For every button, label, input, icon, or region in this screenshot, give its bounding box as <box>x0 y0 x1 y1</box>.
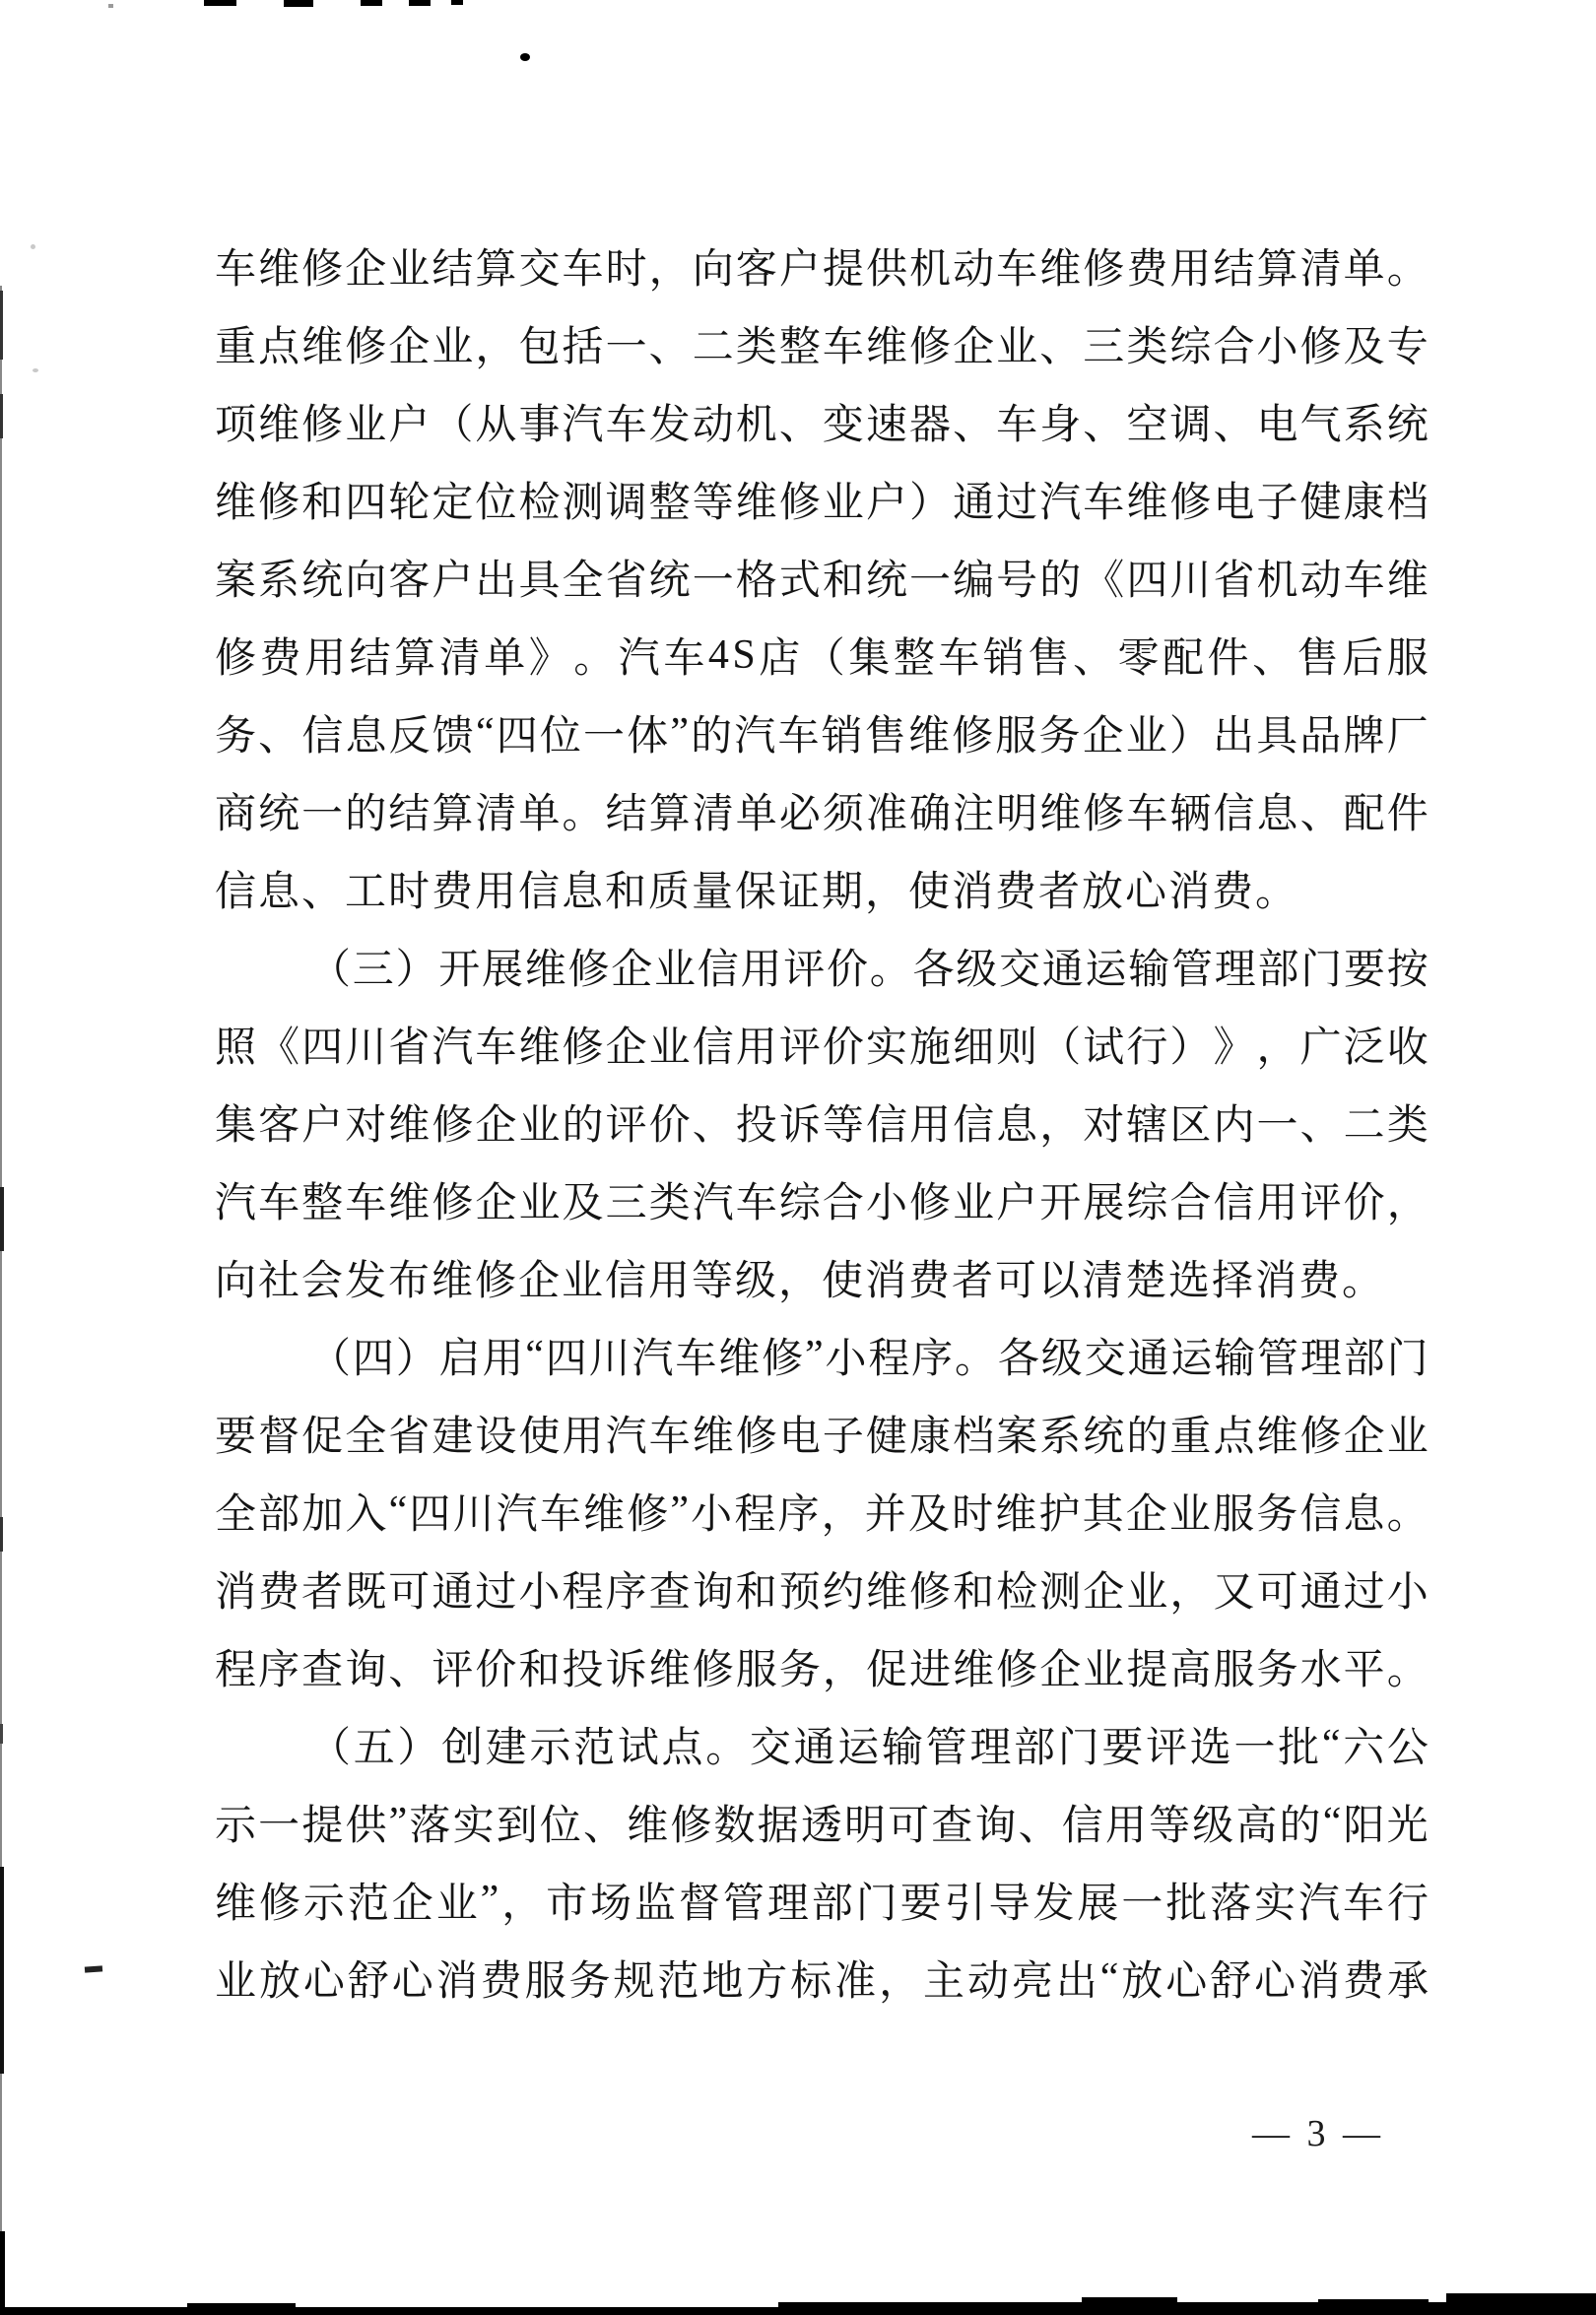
body-line: 务、信息反馈“四位一体”的汽车销售维修服务企业）出具品牌厂 <box>215 694 1429 771</box>
scan-artifact-top-edge <box>451 0 463 5</box>
scan-artifact-left-edge <box>0 2231 5 2315</box>
body-line: 修费用结算清单》。汽车4S店（集整车销售、零配件、售后服 <box>215 616 1429 694</box>
body-line: 项维修业户（从事汽车发动机、变速器、车身、空调、电气系统 <box>215 382 1429 460</box>
scan-artifact-left-edge <box>0 394 3 438</box>
scan-artifact-top-edge <box>204 0 236 6</box>
body-text: 车维修企业结算交车时，向客户提供机动车维修费用结算清单。 重点维修企业，包括一、… <box>215 227 1429 2017</box>
scan-artifact-margin-dash <box>85 1965 102 1972</box>
scan-artifact-bottom-band <box>1082 2297 1177 2304</box>
scan-artifact-bottom-band <box>1318 2299 1429 2306</box>
scan-artifact-left-edge <box>0 1724 3 1744</box>
body-line: 商统一的结算清单。结算清单必须准确注明维修车辆信息、配件 <box>215 771 1429 849</box>
body-line: 程序查询、评价和投诉维修服务，促进维修企业提高服务水平。 <box>215 1627 1429 1705</box>
scan-artifact-left-edge <box>0 1517 3 1552</box>
scan-artifact-bottom-band <box>187 2303 296 2309</box>
scan-artifact-bottom-band <box>1446 2293 1596 2315</box>
scan-artifact-left-edge <box>0 1187 4 1251</box>
scan-artifact-left-edge <box>0 1867 4 2074</box>
document-page: 车维修企业结算交车时，向客户提供机动车维修费用结算清单。 重点维修企业，包括一、… <box>0 0 1596 2315</box>
scan-artifact-top-edge <box>409 0 431 6</box>
body-line: 要督促全省建设使用汽车维修电子健康档案系统的重点维修企业 <box>215 1394 1429 1472</box>
body-line: 汽车整车维修企业及三类汽车综合小修业户开展综合信用评价， <box>215 1160 1429 1238</box>
scan-artifact-faint-dot <box>31 244 35 249</box>
scan-artifact-ink-dot <box>520 53 530 61</box>
body-line: 消费者既可通过小程序查询和预约维修和检测企业，又可通过小 <box>215 1550 1429 1627</box>
body-line: 重点维修企业，包括一、二类整车维修企业、三类综合小修及专 <box>215 304 1429 382</box>
scan-artifact-top-edge <box>361 0 382 6</box>
body-line: 车维修企业结算交车时，向客户提供机动车维修费用结算清单。 <box>215 227 1429 304</box>
body-line: 业放心舒心消费服务规范地方标准，主动亮出“放心舒心消费承 <box>215 1939 1429 2017</box>
body-line: 向社会发布维修企业信用等级，使消费者可以清楚选择消费。 <box>215 1238 1429 1316</box>
body-line: 信息、工时费用信息和质量保证期，使消费者放心消费。 <box>215 849 1429 927</box>
body-line: 照《四川省汽车维修企业信用评价实施细则（试行）》，广泛收 <box>215 1005 1429 1083</box>
page-number: — 3 — <box>1208 2108 1429 2159</box>
body-line: 维修和四轮定位检测调整等维修业户）通过汽车维修电子健康档 <box>215 460 1429 538</box>
body-line: 集客户对维修企业的评价、投诉等信用信息，对辖区内一、二类 <box>215 1083 1429 1160</box>
body-line-paragraph-start: （四）启用“四川汽车维修”小程序。各级交通运输管理部门 <box>215 1316 1429 1394</box>
scan-artifact-top-edge <box>284 0 313 7</box>
body-line: 全部加入“四川汽车维修”小程序，并及时维护其企业服务信息。 <box>215 1472 1429 1550</box>
scan-artifact-top-edge <box>108 4 113 8</box>
body-line: 维修示范企业”，市场监督管理部门要引导发展一批落实汽车行 <box>215 1861 1429 1939</box>
scan-artifact-left-edge <box>0 291 3 360</box>
scan-artifact-faint-dot <box>33 368 38 372</box>
body-line: 示一提供”落实到位、维修数据透明可查询、信用等级高的“阳光 <box>215 1783 1429 1861</box>
body-line-paragraph-start: （五）创建示范试点。交通运输管理部门要评选一批“六公 <box>215 1705 1429 1783</box>
body-line-paragraph-start: （三）开展维修企业信用评价。各级交通运输管理部门要按 <box>215 927 1429 1005</box>
body-line: 案系统向客户出具全省统一格式和统一编号的《四川省机动车维 <box>215 538 1429 616</box>
